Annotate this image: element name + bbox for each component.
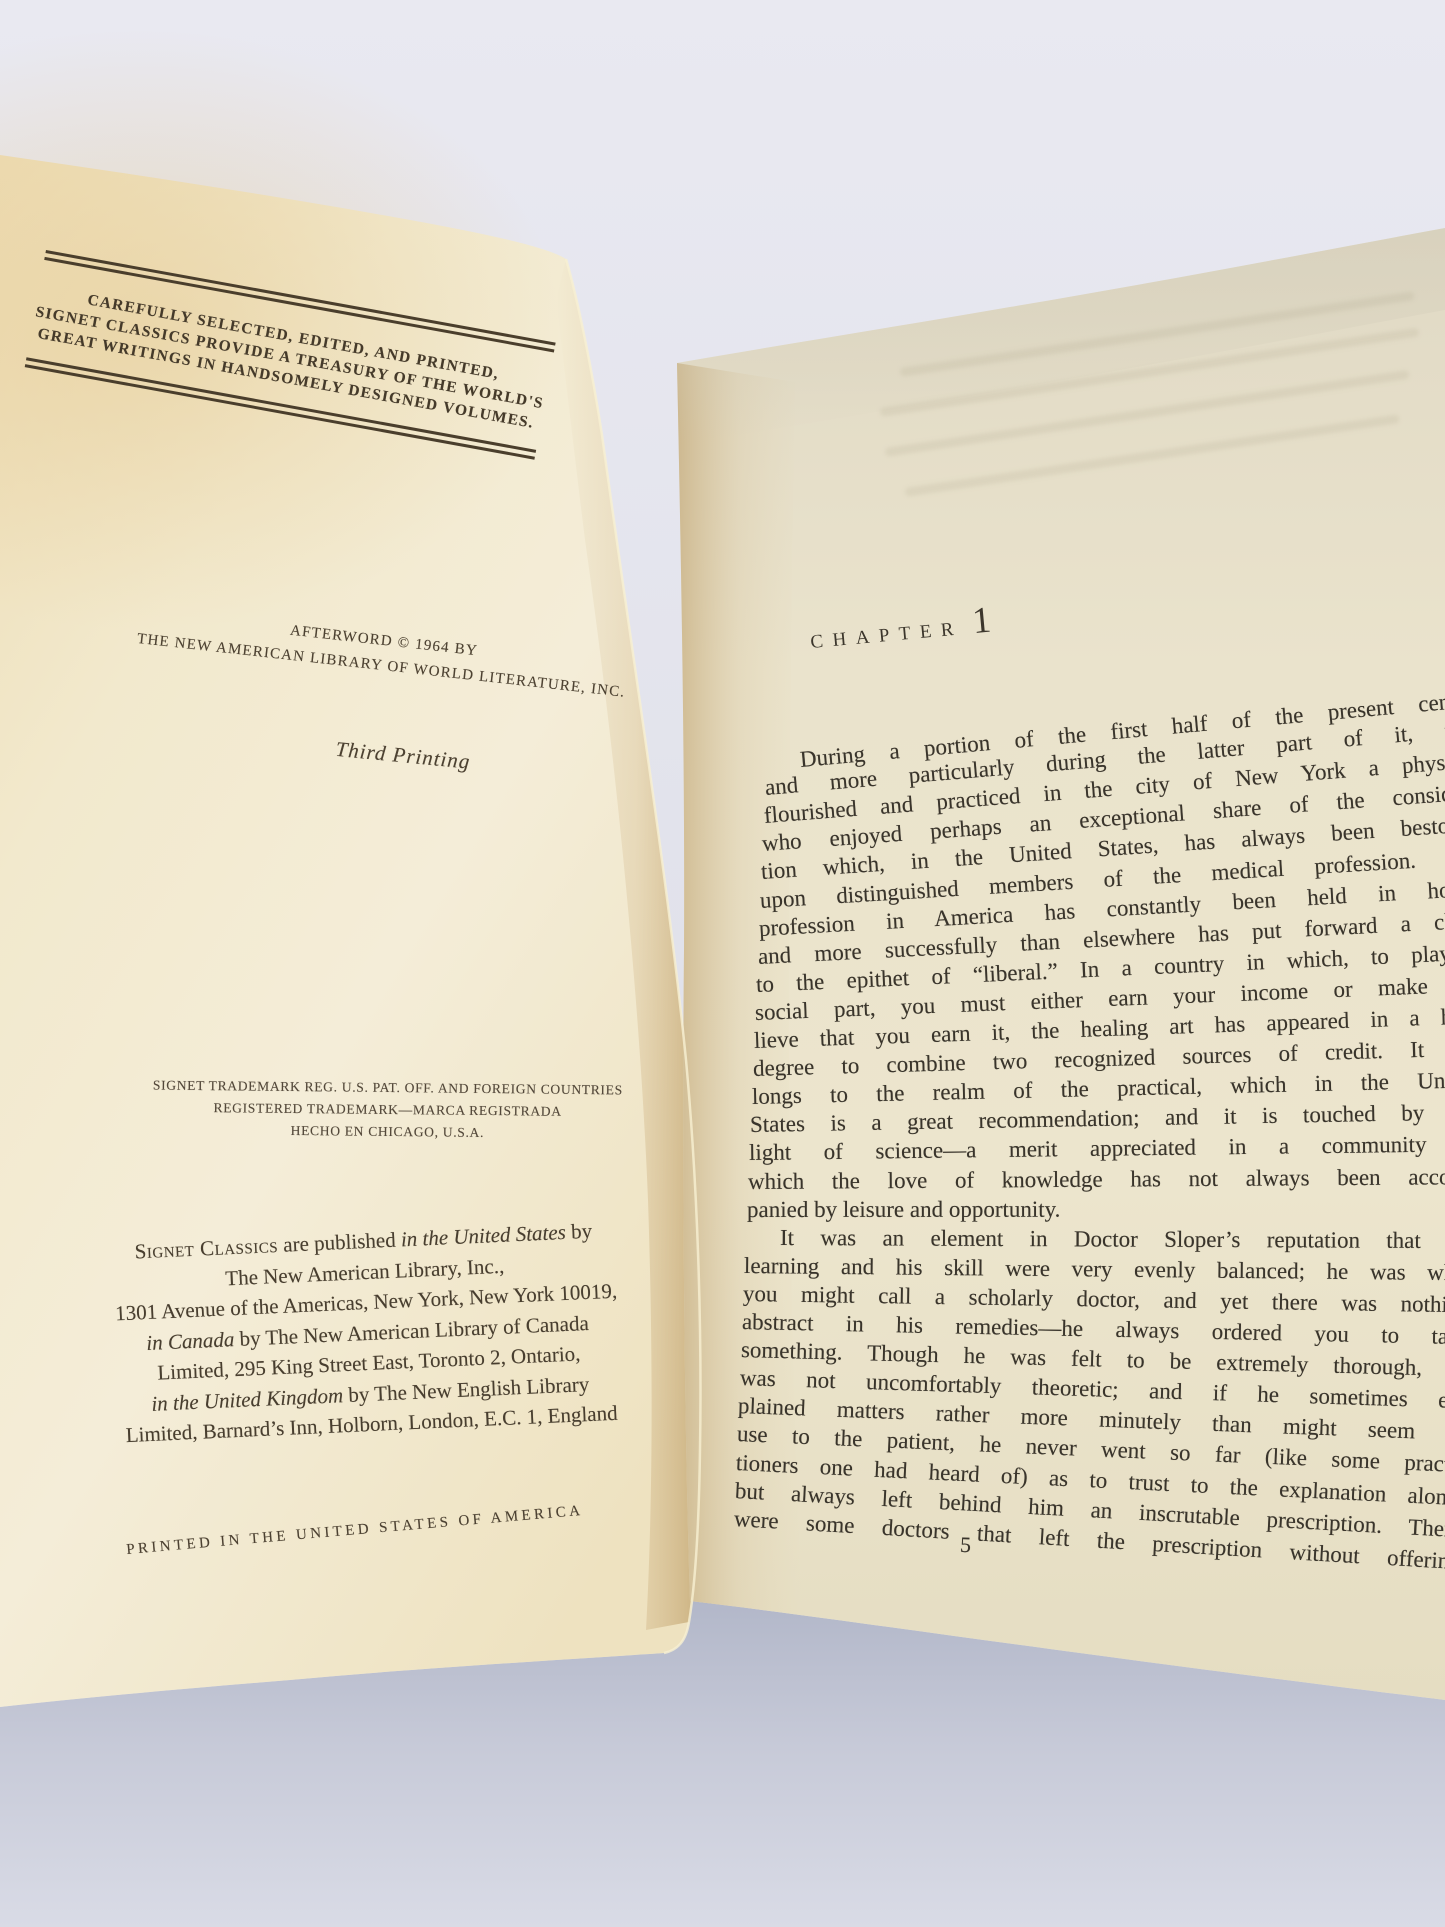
text-segment: Signet Classics (134, 1233, 278, 1263)
book-photo: { "photo": { "background_color": "#e2e3e… (0, 0, 1445, 1927)
text-segment: in Canada (146, 1327, 235, 1355)
photo-backdrop: CAREFULLY SELECTED, EDITED, AND PRINTED,… (0, 0, 1445, 1927)
publisher-imprint: Signet Classics are published in the Uni… (1, 1210, 735, 1456)
text-segment: are published (277, 1227, 401, 1257)
page-number: 5 (959, 1532, 971, 1558)
body-text-line: which the love of knowledge has not alwa… (748, 1163, 1445, 1196)
trademark-notice: SIGNET TRADEMARK REG. U.S. PAT. OFF. AND… (104, 1074, 671, 1146)
body-text-line: panied by leisure and opportunity. (747, 1195, 1060, 1223)
chapter-number: 1 (971, 602, 993, 641)
body-text-line: It was an element in Doctor Sloper’s rep… (780, 1224, 1445, 1255)
text-segment: by (565, 1219, 592, 1244)
text-segment: in the United States (400, 1220, 566, 1251)
